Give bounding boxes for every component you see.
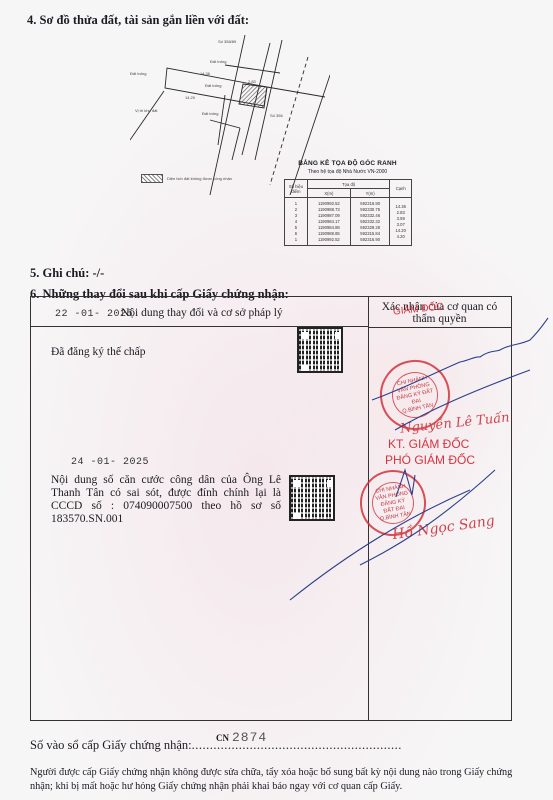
- header-point: Số hiệu điểm: [285, 180, 308, 198]
- coordinate-cell: 592316.90: [352, 237, 389, 243]
- header-x: X(m): [307, 189, 350, 198]
- registry-handwritten-number: 2874: [232, 730, 267, 745]
- legend-text: Diện tích đất không được công nhận: [167, 176, 232, 181]
- registry-label: Số vào sổ cấp Giấy chứng nhận:: [30, 738, 192, 752]
- holder-notice: Người được cấp Giấy chứng nhận không đượ…: [30, 766, 530, 794]
- edge-column: 14.362.833.593.0714.204.20: [390, 198, 412, 246]
- header-y: Y(m): [350, 189, 390, 198]
- coordinate-table-title: BẢNG KÊ TỌA ĐỘ GÓC RANH: [285, 160, 410, 167]
- approval-2-title-line2: PHÓ GIÁM ĐỐC: [385, 453, 475, 467]
- diagram-edge-bottom: 14.20: [185, 95, 196, 100]
- section-5-heading: 5. Ghi chú: -/-: [30, 266, 104, 281]
- section-4-heading: 4. Sơ đồ thửa đất, tài sản gắn liền với …: [27, 13, 249, 28]
- diagram-label-west: Đất trống: [130, 71, 146, 76]
- entry-1-content: Đã đăng ký thế chấp: [51, 346, 146, 358]
- diagram-label-east: Số 356: [270, 113, 283, 118]
- coordinate-cell: 4.20: [391, 234, 410, 240]
- y-column: 592316.90592330.75592332.46592332.325923…: [350, 198, 390, 246]
- changes-table: 22 -01- 2025 Nội dung thay đổi và cơ sở …: [30, 296, 512, 721]
- diagram-legend: Diện tích đất không được công nhận: [141, 174, 232, 183]
- point-column: 1234561: [285, 198, 308, 246]
- diagram-label-north-owner: Số 358/89: [218, 39, 237, 44]
- entry-2-date: 24 -01- 2025: [71, 457, 149, 468]
- diagram-label-start: Vị trí khu đất: [135, 108, 158, 113]
- entry-2-content: Nội dung số căn cước công dân của Ông Lê…: [51, 474, 281, 526]
- diagram-edge-top: 14.36: [200, 71, 211, 76]
- x-column: 1190992.521190988.731190987.091190984.17…: [307, 198, 350, 246]
- coordinate-table-subtitle: Theo hệ tọa độ Nhà Nước VN-2000: [285, 169, 410, 175]
- hatch-swatch-icon: [141, 174, 163, 183]
- header-coord-group: Tọa độ: [307, 180, 390, 189]
- qr-code-icon[interactable]: [297, 327, 343, 373]
- header-edge: Cạnh: [390, 180, 412, 198]
- diagram-label-south: Đất trống: [202, 111, 218, 116]
- registry-number: CN 2874: [216, 730, 267, 745]
- approval-2-title-line1: KT. GIÁM ĐỐC: [388, 437, 469, 451]
- content-column-header: Nội dung thay đổi và cơ sở pháp lý: [121, 307, 283, 319]
- header-divider-right: [368, 327, 511, 328]
- coordinate-table: Số hiệu điểm Tọa độ Cạnh X(m) Y(m) 12345…: [284, 179, 412, 246]
- diagram-label-north: Đất trống: [210, 59, 226, 64]
- qr-code-icon[interactable]: [289, 475, 335, 521]
- registry-prefix: CN: [216, 733, 229, 743]
- coordinate-cell: 1: [286, 237, 306, 243]
- diagram-label-parcel: Đất trống: [205, 83, 221, 88]
- coordinate-cell: 1190992.52: [309, 237, 349, 243]
- diagram-edge-right: 2.83: [248, 79, 257, 84]
